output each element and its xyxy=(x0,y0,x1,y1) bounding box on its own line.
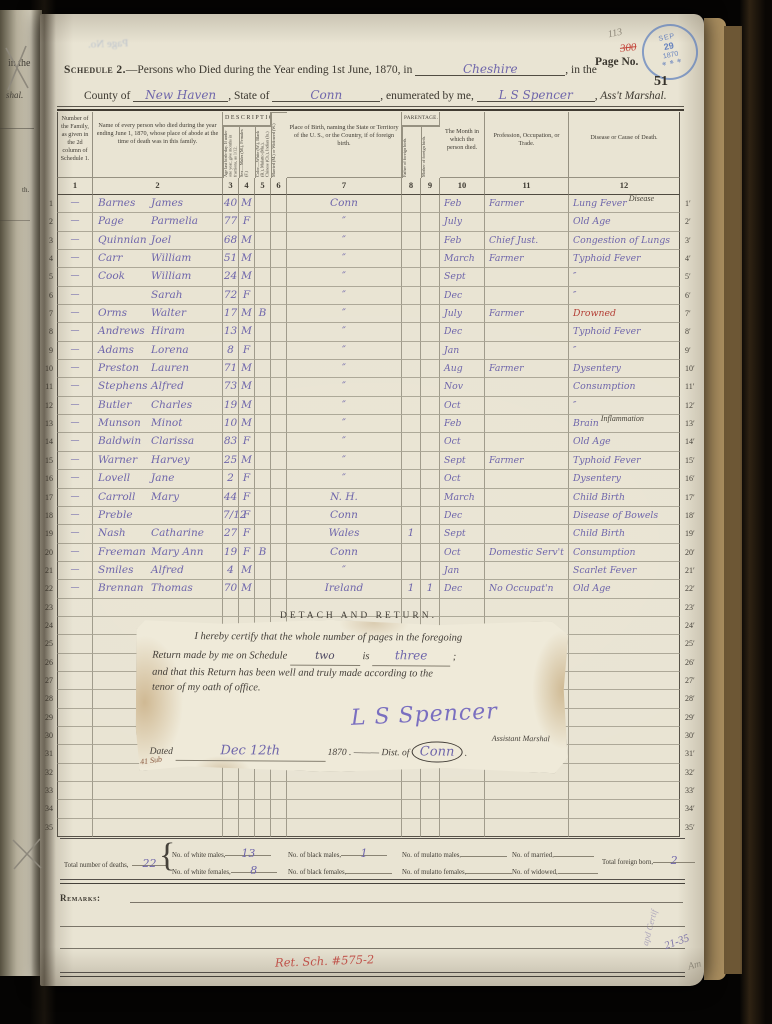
father-foreign-cell xyxy=(402,470,421,488)
row-number-right: 29′ xyxy=(680,709,698,727)
given-name: Minot xyxy=(151,415,182,432)
cause-cell xyxy=(569,599,680,617)
row-number-right: 8′ xyxy=(680,323,698,341)
cause-text: ″ xyxy=(573,290,576,301)
schedule-number-blank: two xyxy=(290,648,360,665)
month-cell: Dec xyxy=(440,323,485,341)
surname: Preston xyxy=(98,360,139,377)
cause-cell xyxy=(569,764,680,782)
row-number-right: 31′ xyxy=(680,745,698,763)
month-cell: March xyxy=(440,489,485,507)
cause-cell: Old Age xyxy=(569,213,680,231)
cause-cell: Old Age xyxy=(569,433,680,451)
month-cell: Aug xyxy=(440,360,485,378)
cause-text: Child Birth xyxy=(573,492,625,503)
col-header-father-foreign: Father of foreign birth. xyxy=(402,126,421,178)
name-cell: CarrollMary xyxy=(93,489,223,507)
col-header-age: Age last birth-day. If under one year, g… xyxy=(223,126,239,178)
birthplace-cell: Wales xyxy=(287,525,402,543)
month-cell: Dec xyxy=(440,580,485,598)
birthplace-cell xyxy=(287,782,402,800)
color-cell xyxy=(255,195,271,213)
margin-note-initials: Am xyxy=(687,958,703,972)
cause-cell xyxy=(569,709,680,727)
given-name: Joel xyxy=(151,232,171,249)
month-cell: March xyxy=(440,250,485,268)
name-cell: SmilesAlfred xyxy=(93,562,223,580)
cause-cell: ″ xyxy=(569,397,680,415)
col-number: 11 xyxy=(485,178,569,195)
family-number xyxy=(57,709,93,727)
given-name: Alfred xyxy=(151,378,184,395)
father-foreign-cell xyxy=(402,489,421,507)
group-header-parentage: PARENTAGE. xyxy=(402,112,440,126)
header-rule xyxy=(57,106,684,111)
col-header-birthplace: Place of Birth, naming the State or Terr… xyxy=(287,112,402,178)
sex-cell: F xyxy=(239,489,255,507)
age-cell: 2 xyxy=(223,470,239,488)
color-cell xyxy=(255,213,271,231)
cause-cell xyxy=(569,690,680,708)
cause-cell xyxy=(569,800,680,818)
family-number: — xyxy=(57,470,93,488)
color-cell xyxy=(255,287,271,305)
occupation-cell xyxy=(485,507,569,525)
father-foreign-cell xyxy=(402,819,421,837)
given-name: Lorena xyxy=(151,342,189,359)
given-name: Mary Ann xyxy=(151,544,203,561)
month-cell: Jan xyxy=(440,562,485,580)
cause-cell xyxy=(569,672,680,690)
cause-cell xyxy=(569,819,680,837)
pencil-x-mark xyxy=(2,44,32,92)
married-cell xyxy=(271,782,287,800)
father-foreign-cell: 1 xyxy=(402,580,421,598)
age-cell xyxy=(223,819,239,837)
cause-cell: ″ xyxy=(569,287,680,305)
prev-page-text-fragment: th. xyxy=(22,186,29,194)
col-number: 12 xyxy=(569,178,680,195)
row-number-right: 30′ xyxy=(680,727,698,745)
row-number-right: 35′ xyxy=(680,819,698,837)
remarks-label: Remarks: xyxy=(60,893,101,903)
married-cell xyxy=(271,342,287,360)
married-cell xyxy=(271,287,287,305)
district-handwritten: Conn xyxy=(412,741,463,763)
color-cell xyxy=(255,580,271,598)
cause-cell: ″ xyxy=(569,268,680,286)
mother-foreign-cell xyxy=(421,507,440,525)
mother-foreign-cell xyxy=(421,195,440,213)
age-cell: 72 xyxy=(223,287,239,305)
mulatto-males-label: No. of mulatto males, xyxy=(402,852,461,859)
certificate-date-line: Dated Dec 12th 1870 . ——— Dist. of Conn … xyxy=(150,739,554,763)
family-number: — xyxy=(57,232,93,250)
name-cell: PrestonLauren xyxy=(93,360,223,378)
age-cell: 19 xyxy=(223,397,239,415)
surname: Preble xyxy=(98,507,133,524)
name-cell: CarrWilliam xyxy=(93,250,223,268)
given-name: Charles xyxy=(151,397,192,414)
year-printed: 1870 . xyxy=(328,747,352,757)
mother-foreign-cell xyxy=(421,415,440,433)
white-males-label: No. of white males, xyxy=(172,852,225,859)
name-cell xyxy=(93,782,223,800)
occupation-cell: Farmer xyxy=(485,305,569,323)
birthplace-cell: ″ xyxy=(287,470,402,488)
birthplace-cell xyxy=(287,819,402,837)
month-cell: Dec xyxy=(440,507,485,525)
family-number: — xyxy=(57,415,93,433)
surname: Cook xyxy=(98,268,125,285)
month-cell: Nov xyxy=(440,378,485,396)
color-cell xyxy=(255,452,271,470)
cause-cell: Old Age xyxy=(569,580,680,598)
mulatto-females-label: No. of mulatto females, xyxy=(402,869,466,876)
cause-text: Congestion of Lungs xyxy=(573,235,670,246)
cause-cell: Child Birth xyxy=(569,525,680,543)
family-number: — xyxy=(57,213,93,231)
married-cell xyxy=(271,232,287,250)
family-number xyxy=(57,672,93,690)
sex-cell: M xyxy=(239,452,255,470)
schedule-page: Page No. 113 300 SEP 29 1870 ✻ ✻ ✻ Page … xyxy=(40,14,704,986)
row-number-right: 19′ xyxy=(680,525,698,543)
given-name: Parmelia xyxy=(151,213,198,230)
birthplace-cell: N. H. xyxy=(287,489,402,507)
father-foreign-cell xyxy=(402,452,421,470)
occupation-cell xyxy=(485,819,569,837)
family-number xyxy=(57,690,93,708)
father-foreign-cell xyxy=(402,232,421,250)
surname: Lovell xyxy=(98,470,130,487)
family-number xyxy=(57,617,93,635)
name-cell: Sarah xyxy=(93,287,223,305)
col-header-married: Married (M.) or Widowed (W.) xyxy=(271,112,287,178)
birthplace-cell: ″ xyxy=(287,305,402,323)
pencil-annotation: 113 xyxy=(607,27,623,41)
name-cell: BaldwinClarissa xyxy=(93,433,223,451)
married-cell xyxy=(271,305,287,323)
sex-cell: M xyxy=(239,323,255,341)
widowed-label: No. of widowed, xyxy=(512,869,558,876)
father-foreign-cell xyxy=(402,544,421,562)
month-cell: Oct xyxy=(440,544,485,562)
row-number-right: 33′ xyxy=(680,782,698,800)
mother-foreign-cell xyxy=(421,562,440,580)
month-cell xyxy=(440,599,485,617)
mother-foreign-cell xyxy=(421,342,440,360)
birthplace-cell: ″ xyxy=(287,415,402,433)
name-cell: OrmsWalter xyxy=(93,305,223,323)
father-foreign-cell xyxy=(402,562,421,580)
marshal-label: , Ass't Marshal. xyxy=(595,90,667,102)
sex-cell: M xyxy=(239,397,255,415)
certificate-line2-mid: is xyxy=(362,651,369,662)
sex-cell: M xyxy=(239,305,255,323)
period: . xyxy=(465,748,467,758)
father-foreign-cell xyxy=(402,397,421,415)
col-number: 3 xyxy=(223,178,239,195)
district-label: Dist. of xyxy=(381,748,409,758)
cause-cell xyxy=(569,745,680,763)
white-females-value: 8 xyxy=(250,864,257,877)
sex-cell xyxy=(239,800,255,818)
col-header-month: The Month in which the person died. xyxy=(440,112,485,178)
married-cell xyxy=(271,397,287,415)
occupation-cell: No Occupat'n xyxy=(485,580,569,598)
married-label: No. of married, xyxy=(512,852,554,859)
family-number: — xyxy=(57,287,93,305)
sex-cell: M xyxy=(239,360,255,378)
mother-foreign-cell xyxy=(421,819,440,837)
color-cell xyxy=(255,489,271,507)
occupation-cell xyxy=(485,268,569,286)
totals-strip: Total number of deaths, 22 { No. of whit… xyxy=(60,838,685,881)
age-cell: 4 xyxy=(223,562,239,580)
month-cell xyxy=(440,819,485,837)
color-cell: B xyxy=(255,544,271,562)
color-cell xyxy=(255,433,271,451)
sex-cell: M xyxy=(239,232,255,250)
name-cell: AdamsLorena xyxy=(93,342,223,360)
name-cell: CookWilliam xyxy=(93,268,223,286)
color-cell xyxy=(255,562,271,580)
cause-annotation: Disease xyxy=(629,194,654,203)
row-number-right: 27′ xyxy=(680,672,698,690)
row-number-right: 24′ xyxy=(680,617,698,635)
state-label: , State of xyxy=(228,90,269,102)
sex-cell xyxy=(239,819,255,837)
row-number-right: 12′ xyxy=(680,397,698,415)
row-number-right: 11′ xyxy=(680,378,698,396)
month-cell: Oct xyxy=(440,433,485,451)
married-cell xyxy=(271,378,287,396)
family-number: — xyxy=(57,378,93,396)
cause-cell: Consumption xyxy=(569,378,680,396)
cause-cell: Scarlet Fever xyxy=(569,562,680,580)
row-number-right: 6′ xyxy=(680,287,698,305)
occupation-cell xyxy=(485,782,569,800)
family-number: — xyxy=(57,562,93,580)
row-number-right: 5′ xyxy=(680,268,698,286)
surname: Barnes xyxy=(98,195,135,212)
mother-foreign-cell xyxy=(421,250,440,268)
birthplace-cell: Ireland xyxy=(287,580,402,598)
color-cell xyxy=(255,323,271,341)
family-number: — xyxy=(57,323,93,341)
birthplace-cell: ″ xyxy=(287,342,402,360)
surname: Adams xyxy=(98,342,134,359)
name-cell xyxy=(93,819,223,837)
cause-cell: Dysentery xyxy=(569,470,680,488)
birthplace-cell: ″ xyxy=(287,562,402,580)
color-cell xyxy=(255,819,271,837)
surname: Page xyxy=(98,213,124,230)
sex-cell: M xyxy=(239,378,255,396)
row-number-right: 32′ xyxy=(680,764,698,782)
surname: Butler xyxy=(98,397,131,414)
birthplace-cell: ″ xyxy=(287,378,402,396)
birthplace-cell: ″ xyxy=(287,360,402,378)
age-cell: 73 xyxy=(223,378,239,396)
occupation-cell: Farmer xyxy=(485,360,569,378)
married-cell xyxy=(271,323,287,341)
cause-cell: ″ xyxy=(569,342,680,360)
given-name: Clarissa xyxy=(151,433,194,450)
row-number-right: 25′ xyxy=(680,635,698,653)
foreign-born-value: 2 xyxy=(671,854,678,867)
row-number-right: 18′ xyxy=(680,507,698,525)
town-handwritten: Cheshire xyxy=(463,62,518,76)
married-cell xyxy=(271,433,287,451)
town-blank: Cheshire xyxy=(415,62,565,76)
book-cover-edge xyxy=(740,0,772,1024)
cause-text: Old Age xyxy=(573,583,611,594)
married-cell xyxy=(271,470,287,488)
mother-foreign-cell xyxy=(421,452,440,470)
mother-foreign-cell xyxy=(421,323,440,341)
married-cell xyxy=(271,544,287,562)
given-name: Lauren xyxy=(151,360,189,377)
married-cell xyxy=(271,525,287,543)
county-blank: New Haven xyxy=(133,88,228,102)
totals-bottom-rule xyxy=(60,879,685,884)
name-cell xyxy=(93,599,223,617)
cause-cell xyxy=(569,782,680,800)
black-males-label: No. of black males, xyxy=(288,852,341,859)
black-males-value: 1 xyxy=(361,847,368,860)
col-number: 4 xyxy=(239,178,255,195)
occupation-cell xyxy=(485,342,569,360)
detach-and-return-line: DETACH AND RETURN. xyxy=(280,611,437,621)
occupation-cell: Farmer xyxy=(485,452,569,470)
sex-cell: F xyxy=(239,433,255,451)
occupation-cell xyxy=(485,213,569,231)
month-cell: Sept xyxy=(440,452,485,470)
father-foreign-cell xyxy=(402,268,421,286)
month-cell xyxy=(440,782,485,800)
occupation-cell: Domestic Serv't xyxy=(485,544,569,562)
cause-text: ″ xyxy=(573,345,576,356)
cause-text: ″ xyxy=(573,400,576,411)
color-cell xyxy=(255,397,271,415)
surname: Warner xyxy=(98,452,137,469)
name-cell: LovellJane xyxy=(93,470,223,488)
name-cell xyxy=(93,800,223,818)
color-cell xyxy=(255,378,271,396)
name-cell: WarnerHarvey xyxy=(93,452,223,470)
father-foreign-cell xyxy=(402,378,421,396)
married-cell xyxy=(271,213,287,231)
birthplace-cell: Conn xyxy=(287,195,402,213)
cause-text: Consumption xyxy=(573,547,636,558)
cause-cell xyxy=(569,635,680,653)
family-number: — xyxy=(57,268,93,286)
color-cell xyxy=(255,360,271,378)
married-cell xyxy=(271,819,287,837)
form-bottom-rule xyxy=(60,972,685,977)
given-name: James xyxy=(151,195,183,212)
mother-foreign-cell xyxy=(421,232,440,250)
married-cell xyxy=(271,562,287,580)
col-header-mother-foreign: Mother of foreign birth. xyxy=(421,126,440,178)
surname: Quinnian xyxy=(98,232,147,249)
total-deaths-label: Total number of deaths, xyxy=(64,862,128,869)
name-cell: PageParmelia xyxy=(93,213,223,231)
page-count-blank: three xyxy=(372,646,450,666)
cause-text: Brain xyxy=(573,418,599,429)
row-number-right: 16′ xyxy=(680,470,698,488)
surname: Freeman xyxy=(98,544,146,561)
mother-foreign-cell xyxy=(421,378,440,396)
cause-text: Typhoid Fever xyxy=(573,253,641,264)
mother-foreign-cell xyxy=(421,782,440,800)
cause-text: Lung Fever xyxy=(573,198,627,209)
cause-cell: Typhoid Fever xyxy=(569,250,680,268)
name-cell: MunsonMinot xyxy=(93,415,223,433)
remarks-line xyxy=(130,902,683,903)
occupation-cell xyxy=(485,397,569,415)
col-number: 9 xyxy=(421,178,440,195)
color-cell xyxy=(255,232,271,250)
sex-cell: M xyxy=(239,250,255,268)
family-number xyxy=(57,782,93,800)
page-count-handwritten: three xyxy=(395,648,428,662)
name-cell: BarnesJames xyxy=(93,195,223,213)
row-number-right: 21′ xyxy=(680,562,698,580)
cause-cell: Drowned xyxy=(569,305,680,323)
row-number-right: 9′ xyxy=(680,342,698,360)
age-cell: 68 xyxy=(223,232,239,250)
father-foreign-cell xyxy=(402,782,421,800)
col-number: 2 xyxy=(93,178,223,195)
surname: Brennan xyxy=(98,580,144,597)
married-cell xyxy=(271,195,287,213)
cause-cell: Consumption xyxy=(569,544,680,562)
certificate-line2-pre: Return made by me on Schedule xyxy=(152,650,287,662)
color-cell xyxy=(255,268,271,286)
mother-foreign-cell xyxy=(421,544,440,562)
father-foreign-cell xyxy=(402,800,421,818)
married-cell xyxy=(271,489,287,507)
family-number: — xyxy=(57,433,93,451)
father-foreign-cell xyxy=(402,507,421,525)
occupation-cell xyxy=(485,287,569,305)
dash: ——— xyxy=(354,748,379,758)
date-handwritten: Dec 12th xyxy=(220,743,280,758)
cause-cell: BrainInflammation xyxy=(569,415,680,433)
birthplace-cell: ″ xyxy=(287,287,402,305)
name-cell: QuinnianJoel xyxy=(93,232,223,250)
cause-text: Consumption xyxy=(573,381,636,392)
family-number xyxy=(57,654,93,672)
sex-cell: F xyxy=(239,525,255,543)
birthplace-cell: ″ xyxy=(287,232,402,250)
margin-note-vertical: apd Certif xyxy=(640,908,659,946)
age-cell: 17 xyxy=(223,305,239,323)
occupation-cell xyxy=(485,470,569,488)
sex-cell xyxy=(239,599,255,617)
given-name: Catharine xyxy=(151,525,204,542)
mother-foreign-cell xyxy=(421,525,440,543)
marshal-blank: L S Spencer xyxy=(477,88,595,102)
cause-text: Old Age xyxy=(573,216,611,227)
mother-foreign-cell: 1 xyxy=(421,580,440,598)
given-name: Alfred xyxy=(151,562,184,579)
certificate-line2-end: ; xyxy=(453,651,457,662)
mother-foreign-cell xyxy=(421,489,440,507)
